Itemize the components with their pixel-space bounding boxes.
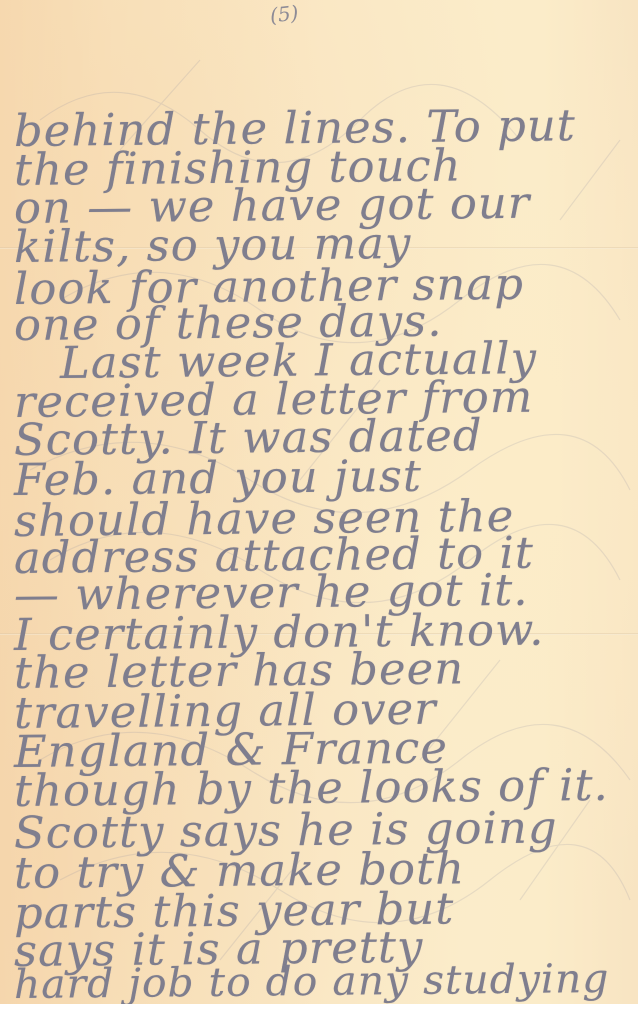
text-line: hard job to do any studying: [14, 956, 610, 1004]
page-number: (5): [269, 1, 300, 28]
letter-page: (5) behind the lines. To put the finishi…: [0, 0, 638, 1004]
scan-margin-right: [638, 0, 644, 1024]
scan-margin-bottom: [0, 1004, 644, 1024]
